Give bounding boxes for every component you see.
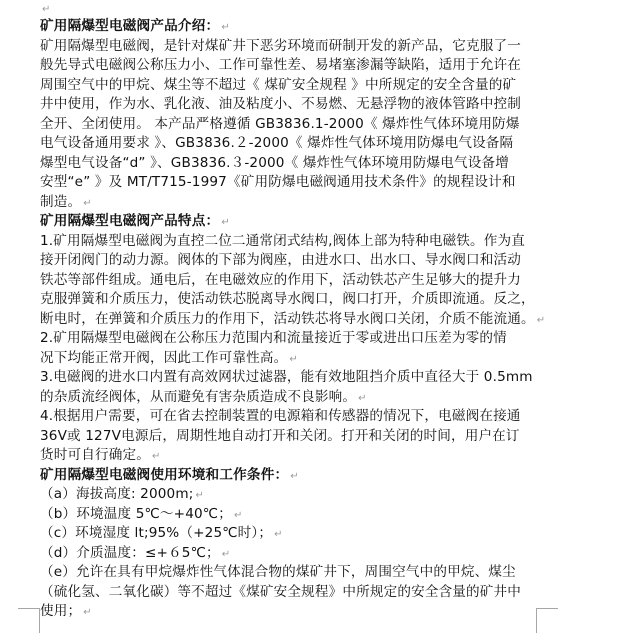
paragraph-mark-icon: ↵ bbox=[152, 451, 161, 462]
paragraph-mark-icon: ↵ bbox=[221, 217, 230, 228]
document-page[interactable]: ↵ 矿用隔爆型电磁阀产品介绍：↵ 矿用隔爆型电磁阀，是针对煤矿井下恶劣环境而研制… bbox=[0, 0, 617, 633]
condition-item-c: （c）环境湿度 lt;95%（+25℃时）；↵ bbox=[40, 524, 546, 544]
paragraph-mark-icon: ↵ bbox=[358, 393, 367, 404]
text-line: 克服弹簧和介质压力，使活动铁芯脱离导水阀口，阀口打开，介质即流通。反之， bbox=[40, 290, 546, 310]
text-line: 全开、全闭使用。 本产品严格遵循 GB3836.1-2000《 爆炸性气体环境用… bbox=[40, 115, 546, 135]
page-margin-corner-mark-right bbox=[536, 608, 558, 633]
text-line: 接开闭阀门的动力源。阀体的下部为阀座，由进水口、出水口、导水阀口和活动 bbox=[40, 251, 546, 271]
paragraph-mark-icon: ↵ bbox=[222, 549, 231, 560]
text-line-end: 的杂质流经阀体，从而避免有害杂质造成不良影响。↵ bbox=[40, 388, 546, 408]
paragraph-mark-icon: ↵ bbox=[537, 315, 546, 326]
condition-item-d: （d）介质温度：≤+６5℃；↵ bbox=[40, 544, 546, 564]
paragraph-mark-icon: ↵ bbox=[221, 22, 230, 33]
text-line-end: 况下均能正常开阀，因此工作可靠性高。↵ bbox=[40, 349, 546, 369]
section-heading-intro: 矿用隔爆型电磁阀产品介绍：↵ bbox=[40, 17, 546, 37]
paragraph-mark-icon: ↵ bbox=[83, 607, 92, 618]
text-line: 般先导式电磁阀公称压力小、工作可靠性差、易堵塞渗漏等缺陷，适用于允许在 bbox=[40, 56, 546, 76]
section-heading-features: 矿用隔爆型电磁阀产品特点：↵ bbox=[40, 212, 546, 232]
text-line: （硫化氢、二氧化碳）等不超过《煤矿安全规程》中所规定的安全含量的矿井中 bbox=[40, 583, 546, 603]
text-line: 2.矿用隔爆型电磁阀在公称压力范围内和流量接近于零或进出口压差为零的情 bbox=[40, 329, 546, 349]
page-margin-corner-mark-left bbox=[18, 608, 40, 633]
paragraph-mark-icon: ↵ bbox=[274, 529, 283, 540]
text-line: 爆型电气设备“d” 》、GB3836.３-2000《 爆炸性气体环境用防爆电气设… bbox=[40, 154, 546, 174]
text-line: 电气设备通用要求 》、GB3836.２-2000《 爆炸性气体环境用防爆电气设备… bbox=[40, 134, 546, 154]
text-line: 铁芯等部件组成。通电后，在电磁效应的作用下，活动铁芯产生足够大的提升力 bbox=[40, 271, 546, 291]
paragraph-mark-icon: ↵ bbox=[289, 354, 298, 365]
section-heading-conditions: 矿用隔爆型电磁阀使用环境和工作条件：↵ bbox=[40, 466, 546, 486]
text-line-end: 制造。↵ bbox=[40, 193, 546, 213]
text-line: 36V或 127V电源后，周期性地自动打开和关闭。打开和关闭的时间，用户在订 bbox=[40, 427, 546, 447]
paragraph-mark-icon: ↵ bbox=[83, 198, 92, 209]
paragraph-mark-icon: ↵ bbox=[195, 490, 204, 501]
paragraph-mark-icon: ↵ bbox=[234, 510, 243, 521]
text-line: 井中使用，作为水、乳化液、油及粘度小、不易燃、无悬浮物的液体管路中控制 bbox=[40, 95, 546, 115]
document-body[interactable]: ↵ 矿用隔爆型电磁阀产品介绍：↵ 矿用隔爆型电磁阀，是针对煤矿井下恶劣环境而研制… bbox=[40, 0, 546, 622]
text-line-end: 使用；↵ bbox=[40, 602, 546, 622]
text-line-end: 断电时，在弹簧和介质压力的作用下，活动铁芯将导水阀口关闭，介质不能流通。↵ bbox=[40, 310, 546, 330]
text-line-end: 货时可自行确定。↵ bbox=[40, 446, 546, 466]
paragraph-mark-icon: ↵ bbox=[42, 4, 51, 15]
condition-item-a: （a）海拔高度: 2000m;↵ bbox=[40, 485, 546, 505]
text-line: 矿用隔爆型电磁阀，是针对煤矿井下恶劣环境而研制开发的新产品，它克服了一 bbox=[40, 37, 546, 57]
text-line: 3.电磁阀的进水口内置有高效网状过滤器，能有效地阻挡介质中直径大于 0.5mm bbox=[40, 368, 546, 388]
text-line: 4.根据用户需要，可在省去控制装置的电源箱和传感器的情况下，电磁阀在接通 bbox=[40, 407, 546, 427]
condition-item-e: （e）允许在具有甲烷爆炸性气体混合物的煤矿井下，周围空气中的甲烷、煤尘 bbox=[40, 563, 546, 583]
text-line: 安型“e” 》及 MT/T715-1997《矿用防爆电磁阀通用技术条件》的规程设… bbox=[40, 173, 546, 193]
text-line: 1.矿用隔爆型电磁阀为直控二位二通常闭式结构,阀体上部为特种电磁铁。作为直 bbox=[40, 232, 546, 252]
condition-item-b: （b）环境温度 5℃～+40℃；↵ bbox=[40, 505, 546, 525]
text-line: 周围空气中的甲烷、煤尘等不超过《 煤矿安全规程 》中所规定的安全含量的矿 bbox=[40, 76, 546, 96]
empty-paragraph: ↵ bbox=[40, 0, 546, 17]
paragraph-mark-icon: ↵ bbox=[290, 471, 299, 482]
